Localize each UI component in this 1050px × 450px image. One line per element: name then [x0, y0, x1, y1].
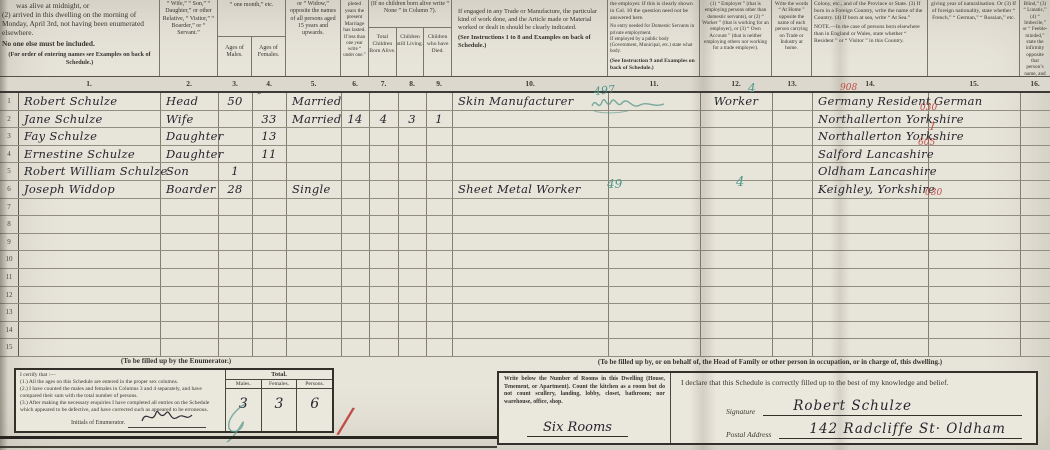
- age_f-cell: 11: [252, 146, 286, 164]
- name-cell: Ernestine Schulze: [18, 146, 135, 164]
- census-schedule-1911: was alive at midnight, or (2) arrived in…: [0, 0, 1050, 450]
- schedule-bottom-rule: [0, 436, 497, 439]
- header-col3-4-ages: “ one month,” etc. Ages of Males. Ages o…: [218, 0, 286, 76]
- header-text: No entry needed for Domestic Servants in…: [610, 24, 697, 36]
- enumerator-initials-mark: [136, 405, 196, 427]
- totals-value-row: 3 3 6: [226, 389, 332, 431]
- num-cell: 2: [0, 111, 18, 129]
- column-number: 3.: [218, 77, 252, 91]
- birthplace-cell: Oldham Lancashire: [812, 163, 937, 181]
- header-text: No one else must be included.: [2, 39, 157, 48]
- birthplace-cell: Salford Lancashire: [812, 146, 934, 164]
- table-row: 1Robert SchulzeHead50MarriedSkin Manufac…: [0, 93, 1050, 111]
- totals-col-persons: Persons.: [296, 380, 332, 388]
- header-text: NOTE.—In the case of persons born elsewh…: [814, 24, 925, 44]
- declaration-section-title: (To be filled up by, or on behalf of, th…: [500, 358, 1040, 366]
- header-col7-9-children: (If no children born alive write “ None …: [369, 0, 452, 76]
- rooms-instruction: Write below the Number of Rooms in this …: [504, 376, 665, 406]
- name-cell: Fay Schulze: [18, 128, 97, 146]
- relation-cell: Head: [160, 93, 198, 111]
- marriage-cell: Single: [286, 181, 331, 199]
- table-row: 15: [0, 339, 1050, 357]
- num-cell: 6: [0, 181, 18, 199]
- checker-annotation: 030: [920, 104, 937, 113]
- header-col12-status: (1) “ Employer ” (that is employing pers…: [700, 0, 772, 76]
- enumerator-initials-row: Initials of Enumerator.: [71, 415, 206, 428]
- birthplace-cell: Northallerton Yorkshire: [812, 111, 964, 129]
- relation-cell: Boarder: [160, 181, 216, 199]
- num-cell: 4: [0, 146, 18, 164]
- num-cell: 3: [0, 128, 18, 146]
- header-text: If less than one year write “ under one.…: [343, 35, 366, 58]
- rooms-count-handwritten: Six Rooms: [527, 420, 628, 437]
- header-col6-duration: pleted years the present Marriage has la…: [341, 0, 369, 76]
- column-number: 15.: [928, 77, 1020, 91]
- header-ages-males: Ages of Males.: [218, 37, 251, 76]
- header-text: was alive at midnight, or: [2, 1, 157, 10]
- header-text: pleted years the present Marriage has la…: [343, 1, 366, 34]
- rooms-panel: Write below the Number of Rooms in this …: [499, 373, 671, 443]
- totals-table: Total. Males. Females. Persons. 3 3 6: [225, 370, 332, 431]
- total-persons-value: 6: [296, 389, 332, 431]
- signature-label: Signature: [726, 407, 755, 416]
- enumerator-box: I certify that :— (1.) All the ages on t…: [14, 368, 334, 433]
- header-col11-industry: the employer. If this is clearly shown i…: [608, 0, 700, 76]
- header-children-died: Children who have Died.: [423, 28, 451, 76]
- num-cell: 12: [0, 287, 18, 305]
- totals-col-males: Males.: [226, 380, 261, 388]
- header-col2-relation: “ Wife,” “ Son,” “ Daughter,” or other R…: [160, 0, 218, 76]
- relation-cell: Wife: [160, 111, 194, 129]
- born-cell: 4: [369, 111, 398, 129]
- column-number: 14.: [812, 77, 928, 91]
- header-text: (See Instruction 9 and Examples on back …: [610, 58, 697, 72]
- column-number: 10.: [452, 77, 608, 91]
- num-cell: 8: [0, 216, 18, 234]
- header-text: (See Instructions 1 to 8 and Examples on…: [458, 34, 602, 50]
- table-row: 13: [0, 304, 1050, 322]
- column-number: 16.: [1020, 77, 1050, 91]
- table-row: 12: [0, 287, 1050, 305]
- header-text: (For order of entering names see Example…: [2, 51, 157, 66]
- table-row: 9: [0, 234, 1050, 252]
- header-text: (If no children born alive write “ None …: [369, 0, 451, 27]
- checker-annotation: /: [339, 404, 353, 439]
- header-text: “ one month,” etc.: [218, 0, 285, 36]
- table-row: 2Jane SchulzeWife33Married14431Northalle…: [0, 111, 1050, 129]
- birthplace-cell: Germany Resident: [812, 93, 931, 111]
- relation-cell: Daughter: [160, 146, 224, 164]
- column-number-strip: 1.2.3.4.5.6.7.8.9.10.11.12.13.14.15.16.: [0, 76, 1050, 93]
- table-row: 11: [0, 269, 1050, 287]
- birthplace-cell: Keighley, Yorkshire: [812, 181, 935, 199]
- header-ages-females: Ages of Females.: [251, 37, 285, 76]
- name-cell: Robert Schulze: [18, 93, 117, 111]
- column-number: 1.: [18, 77, 160, 91]
- age_f-cell: 33: [252, 111, 286, 129]
- table-row: 3Fay SchulzeDaughter13Northallerton York…: [0, 128, 1050, 146]
- table-row: 10: [0, 251, 1050, 269]
- declaration-panel: I declare that this Schedule is correctl…: [671, 373, 1036, 443]
- total-males-value: 3: [226, 389, 261, 431]
- num-cell: 14: [0, 322, 18, 340]
- certify-item: (1.) All the ages on this Schedule are e…: [20, 379, 221, 386]
- header-col14-birthplace: Colony, etc., and of the Province or Sta…: [812, 0, 928, 76]
- num-cell: 7: [0, 199, 18, 217]
- initials-label: Initials of Enumerator.: [71, 420, 125, 428]
- name-cell: Jane Schulze: [18, 111, 103, 129]
- table-row: 4Ernestine SchulzeDaughter11Salford Lanc…: [0, 146, 1050, 164]
- num-cell: 10: [0, 251, 18, 269]
- header-children-born: Total Children Born Alive.: [369, 28, 396, 76]
- totals-col-females: Females.: [261, 380, 297, 388]
- header-text: giving year of naturalisation. Or (3) If…: [930, 1, 1017, 21]
- declaration-box: Write below the Number of Rooms in this …: [497, 371, 1038, 445]
- initials-rule: [128, 415, 206, 428]
- table-row: 5Robert William SchulzeSon1Oldham Lancas…: [0, 163, 1050, 181]
- column-number: 13.: [772, 77, 812, 91]
- occupation-cell: Skin Manufacturer: [452, 93, 574, 111]
- name-cell: Joseph Widdop: [18, 181, 115, 199]
- enumerator-certification: I certify that :— (1.) All the ages on t…: [16, 370, 225, 431]
- checker-annotation: 4: [748, 82, 756, 94]
- years-cell: 14: [341, 111, 369, 129]
- occupation-cell: Sheet Metal Worker: [452, 181, 581, 199]
- header-text: or “ Widow,” opposite the names of all p…: [288, 1, 338, 38]
- column-number: 9.: [426, 77, 452, 91]
- certify-intro: I certify that :—: [20, 372, 221, 379]
- header-col15-nationality: giving year of naturalisation. Or (3) If…: [928, 0, 1020, 76]
- checker-annotation: 4: [736, 176, 744, 189]
- num-cell: 5: [0, 163, 18, 181]
- header-col13-at-home: Write the words “ At Home ” opposite the…: [772, 0, 812, 76]
- table-row: 6Joseph WiddopBoarder28SingleSheet Metal…: [0, 181, 1050, 199]
- num-cell: 1: [0, 93, 18, 111]
- schedule-table: 1Robert SchulzeHead50MarriedSkin Manufac…: [0, 93, 1050, 357]
- header-text: Write the words “ At Home ” opposite the…: [774, 1, 809, 52]
- birthplace-cell: Northallerton Yorkshire: [812, 128, 964, 146]
- num-cell: 11: [0, 269, 18, 287]
- postal-address-handwritten: 142 Radcliffe St· Oldham: [809, 421, 1006, 437]
- totals-title: Total.: [226, 370, 332, 380]
- certify-item: (2.) I have counted the males and female…: [20, 386, 221, 400]
- column-number: 2.: [160, 77, 218, 91]
- header-col5-marriage: or “ Widow,” opposite the names of all p…: [286, 0, 341, 76]
- header-col1-instructions: was alive at midnight, or (2) arrived in…: [0, 0, 160, 76]
- column-number: 5.: [286, 77, 341, 91]
- column-number: 6.: [341, 77, 369, 91]
- table-row: 14: [0, 322, 1050, 340]
- died-cell: 1: [426, 111, 452, 129]
- table-row: 8: [0, 216, 1050, 234]
- table-row: 7: [0, 199, 1050, 217]
- header-text: “ Wife,” “ Son,” “ Daughter,” or other R…: [162, 1, 215, 38]
- column-number: 11.: [608, 77, 700, 91]
- header-text: (2) arrived in this dwelling on the morn…: [2, 10, 157, 37]
- header-text: If engaged in any Trade or Manufacture, …: [458, 8, 602, 31]
- header-text: (1) “ Employer ” (that is employing pers…: [702, 1, 769, 52]
- column-number: 8.: [398, 77, 426, 91]
- signature-row: Signature Robert Schulze: [726, 397, 1022, 416]
- status-cell: Worker: [700, 93, 772, 111]
- checker-annotation: 497: [593, 84, 615, 97]
- postal-address-rule: 142 Radcliffe St· Oldham: [779, 420, 1022, 439]
- checker-annotation: 908: [840, 84, 857, 93]
- relation-cell: Daughter: [160, 128, 224, 146]
- column-number: 12.: [700, 77, 772, 91]
- column-number: 4.: [252, 77, 286, 91]
- age_m-cell: 50: [218, 93, 252, 111]
- declaration-statement: I declare that this Schedule is correctl…: [681, 378, 1026, 387]
- num-cell: 13: [0, 304, 18, 322]
- enumerator-section-title: (To be filled up by the Enumerator.): [18, 357, 334, 365]
- header-text: Colony, etc., and of the Province or Sta…: [814, 1, 925, 21]
- age_f-cell: 13: [252, 128, 286, 146]
- table-header: was alive at midnight, or (2) arrived in…: [0, 0, 1050, 76]
- name-cell: Robert William Schulze: [18, 163, 168, 181]
- relation-cell: Son: [160, 163, 189, 181]
- num-cell: 9: [0, 234, 18, 252]
- marriage-cell: Married: [286, 111, 342, 129]
- column-number: 7.: [369, 77, 398, 91]
- checker-annotation: 030: [925, 189, 942, 198]
- schedule-bottom-rule-thin: [0, 446, 497, 448]
- checker-annotation: 605: [918, 139, 935, 148]
- signature-handwritten: Robert Schulze: [793, 398, 912, 414]
- num-cell: 15: [0, 339, 18, 357]
- age_m-cell: 28: [218, 181, 252, 199]
- living-cell: 3: [398, 111, 426, 129]
- header-text: Blind,” (3) “ Lunatic,” (4) “ Imbecile,”…: [1022, 1, 1048, 76]
- postal-address-row: Postal Address 142 Radcliffe St· Oldham: [726, 420, 1022, 439]
- age_m-cell: 1: [218, 163, 252, 181]
- checker-annotation: 49: [607, 178, 622, 190]
- signature-rule: Robert Schulze: [763, 397, 1022, 416]
- header-col10-occupation: If engaged in any Trade or Manufacture, …: [452, 0, 608, 76]
- header-children-living: Children still Living.: [396, 28, 424, 76]
- header-text: If employed by a public body (Government…: [610, 37, 697, 55]
- marriage-cell: Married: [286, 93, 342, 111]
- totals-header-row: Males. Females. Persons.: [226, 380, 332, 389]
- checker-annotation: ”: [257, 93, 262, 102]
- postal-address-label: Postal Address: [726, 430, 771, 439]
- header-col16-infirmity: Blind,” (3) “ Lunatic,” (4) “ Imbecile,”…: [1020, 0, 1050, 76]
- total-females-value: 3: [261, 389, 297, 431]
- header-text: the employer. If this is clearly shown i…: [610, 1, 697, 21]
